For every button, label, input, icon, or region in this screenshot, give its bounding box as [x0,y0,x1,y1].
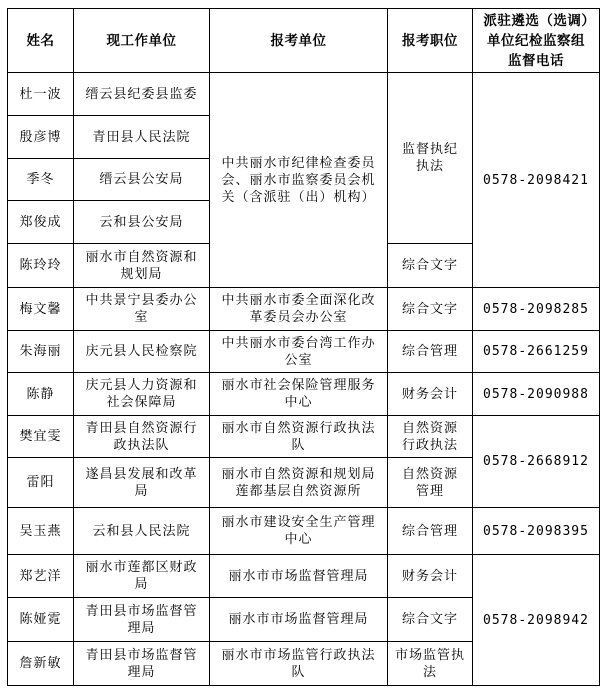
cell-applied-unit: 中共丽水市委全面深化改革委员会办公室 [210,288,388,331]
header-applied-position: 报考职位 [388,9,473,73]
table-row: 梅文馨 中共景宁县委办公室 中共丽水市委全面深化改革委员会办公室 综合文字 05… [8,288,600,331]
table-row: 朱海丽 庆元县人民检察院 中共丽水市委台湾工作办公室 综合管理 0578-266… [8,331,600,373]
cell-current-unit: 云和县人民法院 [74,508,210,555]
table-row: 樊宜雯 青田县自然资源行政执法队 丽水市自然资源行政执法队 自然资源行政执法 0… [8,416,600,458]
cell-applied-unit: 丽水市建设安全生产管理中心 [210,508,388,555]
cell-applied-unit: 中共丽水市委台湾工作办公室 [210,331,388,373]
cell-position: 综合文字 [388,598,473,642]
table-row: 陈静 庆元县人力资源和社会保障局 丽水市社会保险管理服务中心 财务会计 0578… [8,373,600,416]
cell-name: 陈静 [8,373,74,416]
cell-position: 综合管理 [388,331,473,373]
table-row: 杜一波 缙云县纪委县监委 中共丽水市纪律检查委员会、丽水市监察委员会机关（含派驻… [8,73,600,116]
cell-phone: 0578-2661259 [473,331,600,373]
header-applied-unit: 报考单位 [210,9,388,73]
cell-position: 综合文字 [388,244,473,288]
cell-name: 郑艺洋 [8,555,74,598]
cell-name: 梅文馨 [8,288,74,331]
table-row: 郑艺洋 丽水市莲都区财政局 丽水市市场监督管理局 财务会计 0578-20989… [8,555,600,598]
cell-applied-unit: 丽水市市场监管行政执法队 [210,642,388,686]
cell-position: 综合管理 [388,508,473,555]
cell-current-unit: 青田县自然资源行政执法队 [74,416,210,458]
cell-position: 市场监管执法 [388,642,473,686]
cell-current-unit: 云和县公安局 [74,201,210,244]
table-header-row: 姓名 现工作单位 报考单位 报考职位 派驻遴选（选调）单位纪检监察组监督电话 [8,9,600,73]
cell-phone: 0578-2090988 [473,373,600,416]
table-row: 吴玉燕 云和县人民法院 丽水市建设安全生产管理中心 综合管理 0578-2098… [8,508,600,555]
cell-name: 杜一波 [8,73,74,116]
cell-name: 詹新敏 [8,642,74,686]
cell-current-unit: 丽水市莲都区财政局 [74,555,210,598]
cell-name: 殷彦博 [8,116,74,159]
cell-current-unit: 庆元县人力资源和社会保障局 [74,373,210,416]
cell-phone: 0578-2668912 [473,416,600,508]
cell-position: 财务会计 [388,373,473,416]
cell-phone: 0578-2098395 [473,508,600,555]
cell-applied-unit: 丽水市自然资源行政执法队 [210,416,388,458]
cell-current-unit: 遂昌县发展和改革局 [74,458,210,508]
cell-applied-unit: 丽水市市场监督管理局 [210,555,388,598]
cell-current-unit: 青田县人民法院 [74,116,210,159]
header-phone: 派驻遴选（选调）单位纪检监察组监督电话 [473,9,600,73]
cell-position: 自然资源行政执法 [388,416,473,458]
cell-position: 监督执纪执法 [388,73,473,244]
cell-current-unit: 丽水市自然资源和规划局 [74,244,210,288]
cell-current-unit: 青田县市场监督管理局 [74,598,210,642]
cell-current-unit: 缙云县纪委县监委 [74,73,210,116]
cell-applied-unit: 丽水市社会保险管理服务中心 [210,373,388,416]
cell-phone: 0578-2098942 [473,555,600,686]
cell-name: 郑俊成 [8,201,74,244]
cell-current-unit: 中共景宁县委办公室 [74,288,210,331]
cell-position: 财务会计 [388,555,473,598]
cell-name: 雷阳 [8,458,74,508]
cell-position: 综合文字 [388,288,473,331]
cell-name: 陈玲玲 [8,244,74,288]
cell-phone: 0578-2098285 [473,288,600,331]
cell-name: 季冬 [8,159,74,201]
cell-applied-unit: 中共丽水市纪律检查委员会、丽水市监察委员会机关（含派驻（出）机构） [210,73,388,288]
cell-current-unit: 青田县市场监督管理局 [74,642,210,686]
cell-applied-unit: 丽水市自然资源和规划局莲都基层自然资源所 [210,458,388,508]
cell-name: 吴玉燕 [8,508,74,555]
cell-current-unit: 缙云县公安局 [74,159,210,201]
cell-name: 樊宜雯 [8,416,74,458]
cell-current-unit: 庆元县人民检察院 [74,331,210,373]
cell-position: 自然资源管理 [388,458,473,508]
candidate-roster-table: 姓名 现工作单位 报考单位 报考职位 派驻遴选（选调）单位纪检监察组监督电话 杜… [7,8,600,686]
cell-name: 陈娅霓 [8,598,74,642]
header-name: 姓名 [8,9,74,73]
cell-name: 朱海丽 [8,331,74,373]
cell-applied-unit: 丽水市市场监督管理局 [210,598,388,642]
cell-phone: 0578-2098421 [473,73,600,288]
header-current-unit: 现工作单位 [74,9,210,73]
